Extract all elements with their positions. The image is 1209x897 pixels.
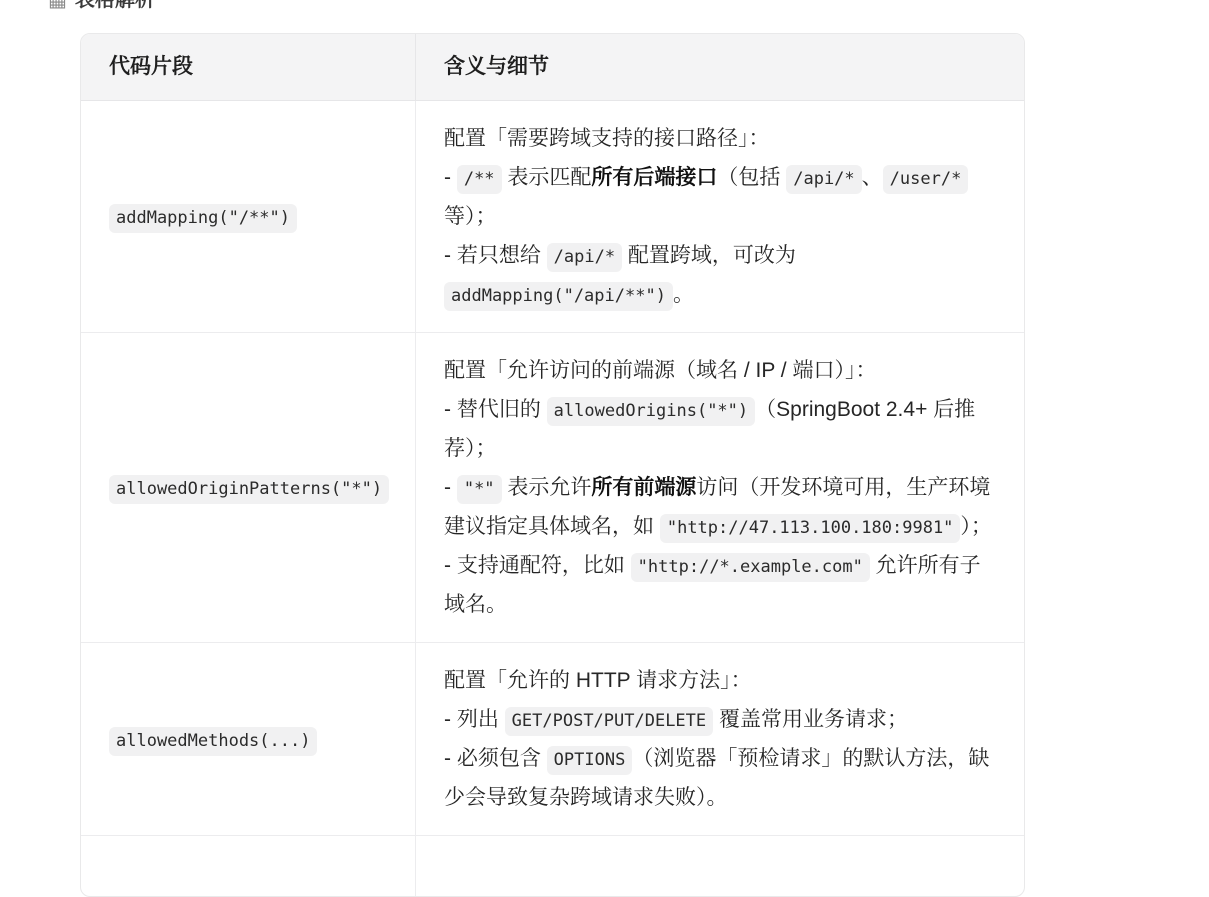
text-segment: 表示允许 (502, 476, 592, 499)
table-row: allowedOriginPatterns("*")配置「允许访问的前端源（域名… (81, 333, 1025, 643)
inline-code: /user/* (883, 165, 969, 194)
chart-icon: ▦ (48, 0, 67, 12)
code-snippet: allowedMethods(...) (109, 727, 317, 756)
detail-cell: 配置「需要跨域支持的接口路径」：- /** 表示匹配所有后端接口（包括 /api… (416, 101, 1025, 333)
inline-code: "http://*.example.com" (631, 553, 870, 582)
code-cell: allowedOriginPatterns("*") (81, 333, 416, 643)
text-segment: - (444, 476, 457, 499)
code-snippet: allowedOriginPatterns("*") (109, 475, 389, 504)
inline-code: GET/POST/PUT/DELETE (505, 707, 713, 736)
bold-text: 所有前端源 (591, 476, 696, 499)
detail-cell (416, 836, 1025, 875)
table-row: allowedMethods(...)配置「允许的 HTTP 请求方法」：- 列… (81, 643, 1025, 836)
text-segment: 等）； (444, 205, 497, 228)
text-segment: - 若只想给 (444, 244, 547, 267)
text-segment: 配置跨域，可改为 (622, 244, 796, 267)
inline-code: "http://47.113.100.180:9981" (660, 514, 961, 543)
code-cell: allowedMethods(...) (81, 643, 416, 836)
text-segment: - 列出 (444, 708, 505, 731)
inline-code: OPTIONS (547, 746, 633, 775)
text-segment: ）； (960, 515, 992, 538)
inline-code: allowedOrigins("*") (547, 397, 755, 426)
text-segment: 配置「允许的 HTTP 请求方法」： (444, 669, 752, 692)
detail-cell: 配置「允许访问的前端源（域名 / IP / 端口）」：- 替代旧的 allowe… (416, 333, 1025, 643)
detail-cell: 配置「允许的 HTTP 请求方法」：- 列出 GET/POST/PUT/DELE… (416, 643, 1025, 836)
code-cell: addMapping("/**") (81, 101, 416, 333)
text-segment: - (444, 166, 457, 189)
text-segment: 表示匹配 (502, 166, 592, 189)
bold-text: 所有后端接口 (591, 166, 717, 189)
text-segment: （包括 (717, 166, 786, 189)
table: 代码片段 含义与细节 addMapping("/**")配置「需要跨域支持的接口… (81, 34, 1025, 875)
table-row (81, 836, 1025, 875)
text-segment: - 必须包含 (444, 747, 547, 770)
code-cell (81, 836, 416, 875)
table-row: addMapping("/**")配置「需要跨域支持的接口路径」：- /** 表… (81, 101, 1025, 333)
header-row: 代码片段 含义与细节 (81, 34, 1025, 101)
code-snippet: addMapping("/**") (109, 204, 297, 233)
text-segment: 、 (862, 166, 883, 189)
clipped-heading-label: 表格解析 (75, 0, 155, 11)
text-segment: 配置「需要跨域支持的接口路径」： (444, 127, 770, 150)
text-segment: - 支持通配符，比如 (444, 554, 631, 577)
column-header-meaning: 含义与细节 (416, 34, 1025, 101)
inline-code: /** (457, 165, 502, 194)
text-segment: 配置「允许访问的前端源（域名 / IP / 端口）」： (444, 359, 876, 382)
inline-code: /api/* (547, 243, 622, 272)
column-header-code: 代码片段 (81, 34, 416, 101)
inline-code: "*" (457, 475, 502, 504)
text-segment: 。 (673, 283, 694, 306)
inline-code: addMapping("/api/**") (444, 282, 673, 311)
cors-config-table: 代码片段 含义与细节 addMapping("/**")配置「需要跨域支持的接口… (80, 33, 1025, 875)
text-segment: 覆盖常用业务请求； (713, 708, 908, 731)
inline-code: /api/* (786, 165, 861, 194)
clipped-section-heading: ▦表格解析 (48, 0, 155, 12)
text-segment: - 替代旧的 (444, 398, 547, 421)
table-header: 代码片段 含义与细节 (81, 34, 1025, 101)
table-body: addMapping("/**")配置「需要跨域支持的接口路径」：- /** 表… (81, 101, 1025, 875)
